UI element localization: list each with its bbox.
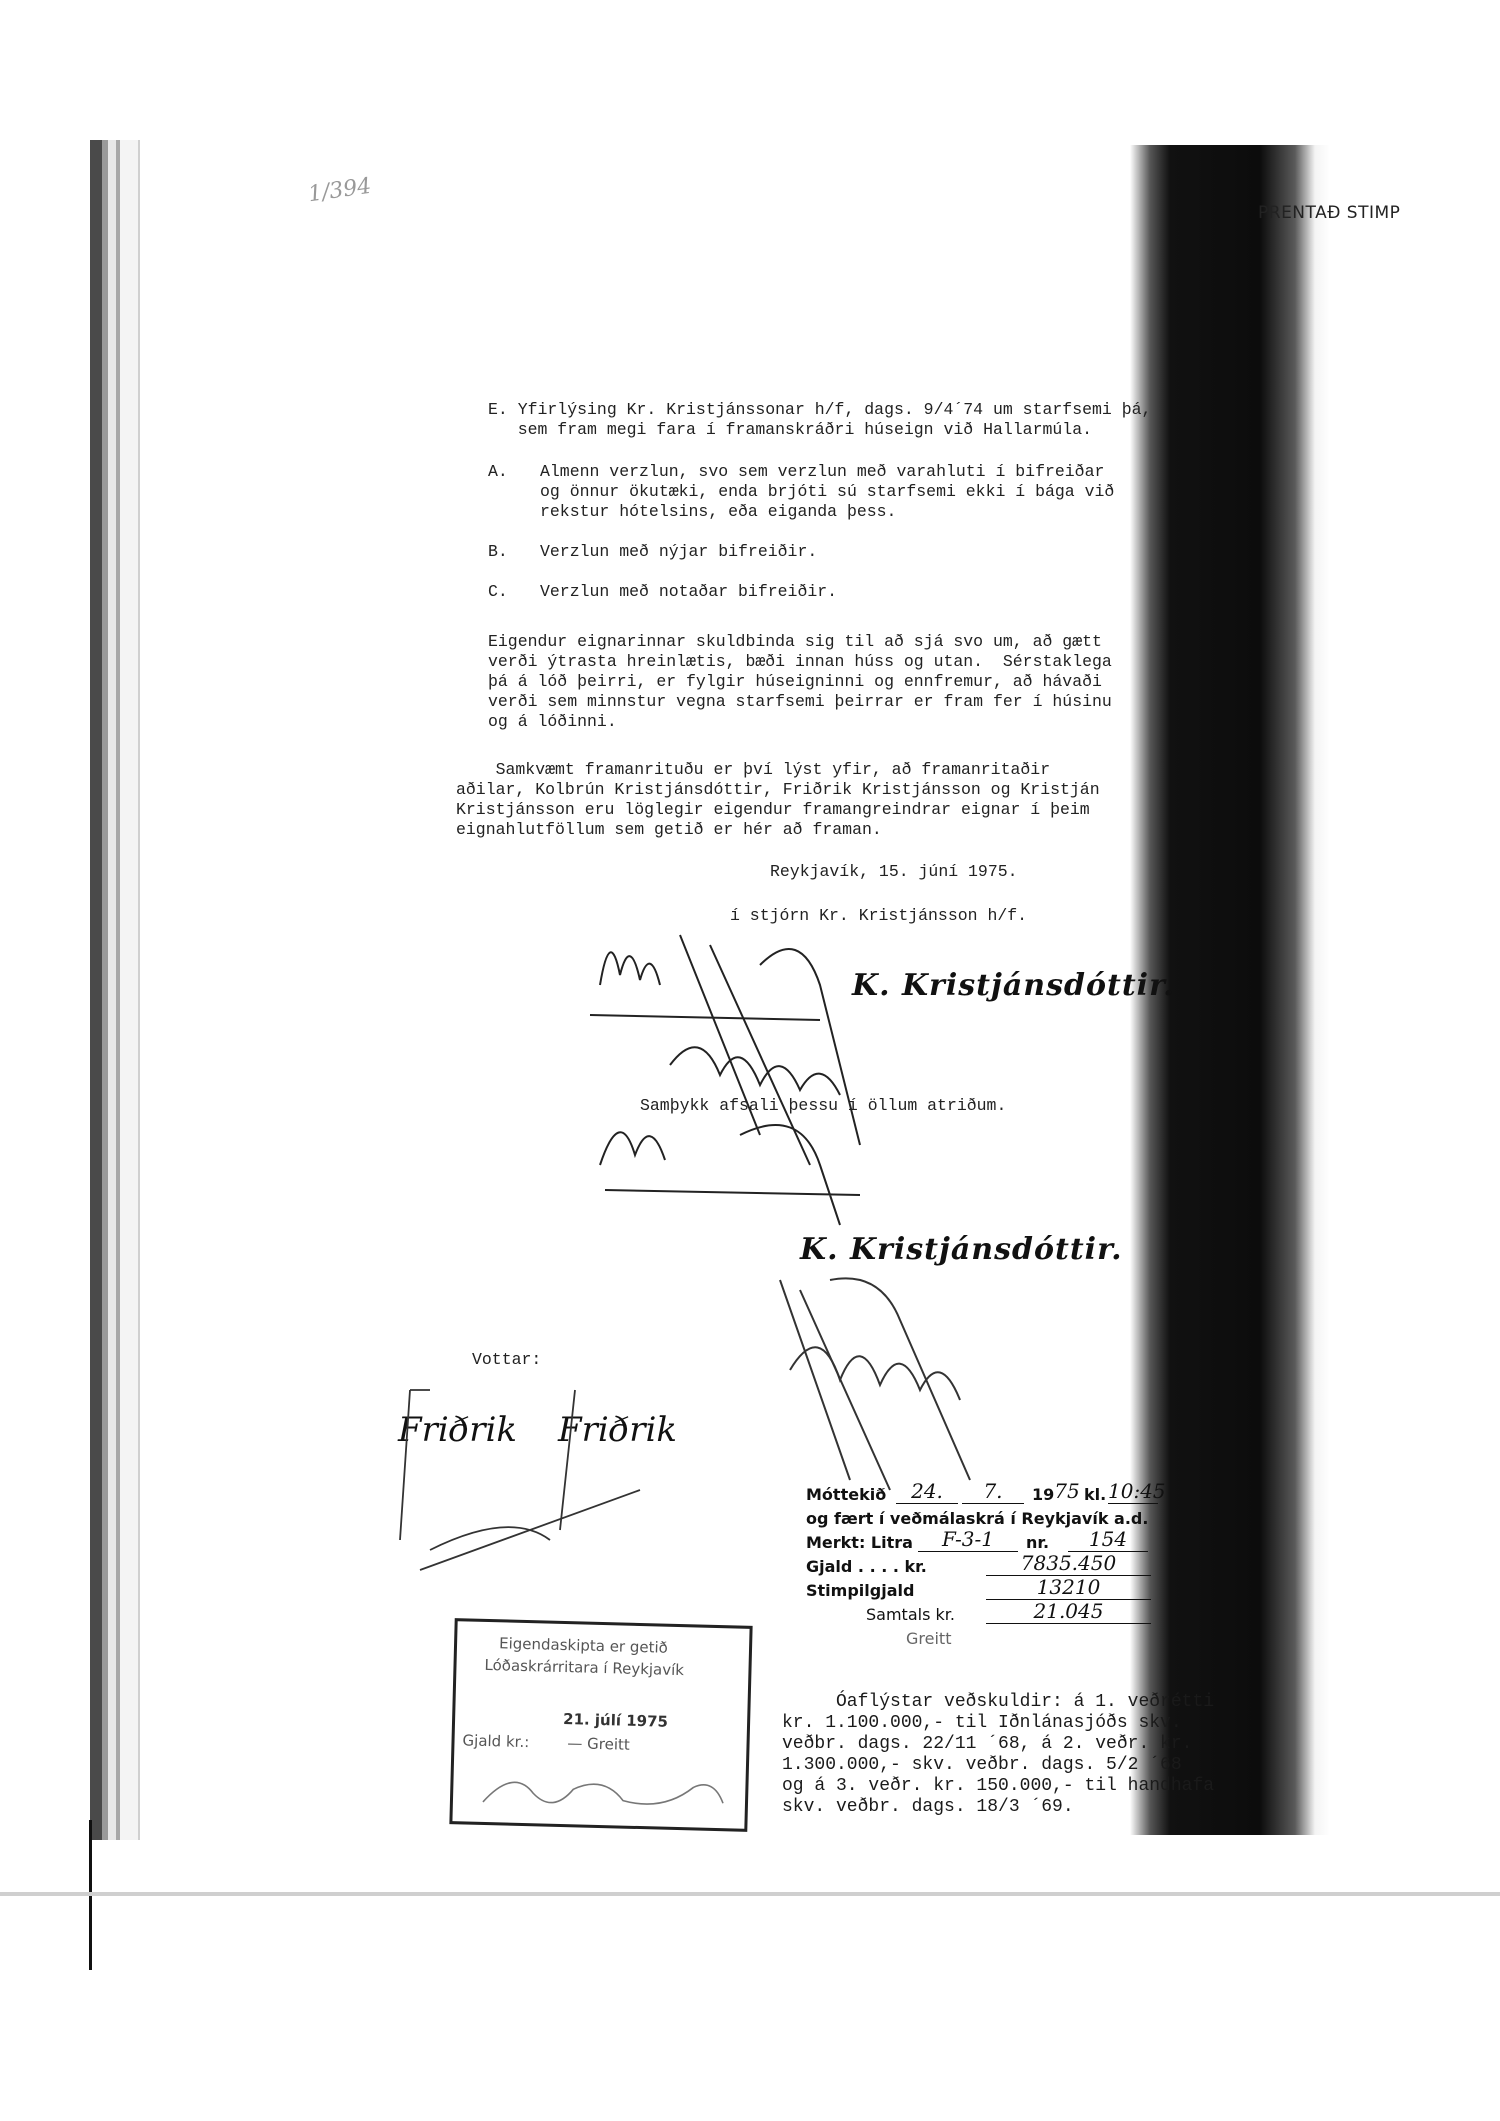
registry-entry-block: Móttekið 24. 7. 19 75 kl. 10:45 og fært … — [806, 1485, 1156, 1653]
declaration-line: eignahlutföllum sem getið er hér að fram… — [456, 820, 882, 840]
corner-stamp-text: PRENTAÐ STIMP — [1258, 203, 1400, 223]
item-c-letter: C. — [488, 582, 508, 602]
received-day: 24. — [896, 1479, 958, 1504]
nr-label: nr. — [1026, 1533, 1049, 1552]
handwritten-signature-scribble — [770, 1260, 1000, 1500]
item-a-letter: A. — [488, 462, 508, 482]
consent-line: Samþykk afsali þessu í öllum atriðum. — [640, 1096, 1006, 1116]
marked-label: Merkt: Litra — [806, 1533, 913, 1552]
fee-label: Gjald . . . . kr. — [806, 1557, 927, 1576]
debt-line: kr. 1.100.000,- til Iðnlánasjóðs skv. — [782, 1713, 1214, 1734]
total-value: 21.045 — [986, 1599, 1151, 1624]
nr-value: 154 — [1068, 1527, 1148, 1552]
cleanliness-line: verði sem minnstur vegna starfsemi þeirr… — [488, 692, 1112, 712]
witness-signature-strokes — [390, 1380, 680, 1580]
cleanliness-line: þá á lóð þeirri, er fylgir húseigninni o… — [488, 672, 1102, 692]
stamp-paid-label: — Greitt — [567, 1734, 630, 1754]
total-label: Samtals kr. — [866, 1605, 955, 1624]
cleanliness-line: verði ýtrasta hreinlætis, bæði innan hús… — [488, 652, 1112, 672]
paid-label: Greitt — [906, 1629, 951, 1648]
debt-line: veðbr. dags. 22/11 ´68, á 2. veðr. kr. — [782, 1734, 1214, 1755]
unregistered-debts-paragraph: Óaflýstar veðskuldir: á 1. veðréttikr. 1… — [782, 1692, 1214, 1818]
scanned-document-page: 1/394 PRENTAÐ STIMP E. Yfirlýsing Kr. Kr… — [0, 0, 1500, 2121]
declaration-line: Kristjánsson eru löglegir eigendur frama… — [456, 800, 1090, 820]
page-number-mark: 1/394 — [307, 174, 373, 208]
stamp-line-1: Eigendaskipta er getið — [499, 1634, 668, 1656]
time-label: kl. — [1084, 1485, 1106, 1504]
declaration-line: Samkvæmt framanrituðu er því lýst yfir, … — [456, 760, 1050, 780]
item-c-line: Verzlun með notaðar bifreiðir. — [540, 582, 837, 602]
stamp-date: 21. júlí 1975 — [563, 1710, 668, 1731]
stamp-line-2: Lóðaskrárritara í Reykjavík — [484, 1656, 684, 1679]
section-e-heading: E. Yfirlýsing Kr. Kristjánssonar h/f, da… — [488, 400, 1151, 420]
stamp-duty-label: Stimpilgjald — [806, 1581, 914, 1600]
item-a-line: og önnur ökutæki, enda brjóti sú starfse… — [540, 482, 1114, 502]
fee-value: 7835.450 — [986, 1551, 1151, 1576]
declaration-line: aðilar, Kolbrún Kristjánsdóttir, Friðrik… — [456, 780, 1100, 800]
stamp-duty-value: 13210 — [986, 1575, 1151, 1600]
debt-line: og á 3. veðr. kr. 150.000,- til handhafa — [782, 1776, 1214, 1797]
binding-edge-shadow — [90, 140, 160, 1840]
debt-line: Óaflýstar veðskuldir: á 1. veðrétti — [782, 1692, 1214, 1713]
signature-k-kristjansdottir-1: K. Kristjánsdóttir. — [852, 968, 1175, 1003]
received-time: 10:45 — [1108, 1479, 1158, 1504]
received-year: 75 — [1054, 1479, 1080, 1503]
handwritten-signature-scribbles — [560, 905, 940, 1235]
page-divider — [0, 1892, 1500, 1896]
item-a-line: Almenn verzlun, svo sem verzlun með vara… — [540, 462, 1104, 482]
stamp-signature-scribble — [473, 1762, 734, 1824]
year-prefix: 19 — [1032, 1485, 1054, 1504]
section-e-heading-cont: sem fram megi fara í framanskráðri húsei… — [488, 420, 1092, 440]
item-b-line: Verzlun með nýjar bifreiðir. — [540, 542, 817, 562]
received-month: 7. — [962, 1479, 1024, 1504]
ownership-change-stamp: Eigendaskipta er getið Lóðaskrárritara í… — [449, 1618, 752, 1832]
debt-line: skv. veðbr. dags. 18/3 ´69. — [782, 1797, 1214, 1818]
received-label: Móttekið — [806, 1485, 886, 1504]
entered-line: og fært í veðmálaskrá í Reykjavík a.d. — [806, 1509, 1148, 1528]
litra-value: F-3-1 — [918, 1527, 1018, 1552]
cleanliness-line: Eigendur eignarinnar skuldbinda sig til … — [488, 632, 1102, 652]
debt-line: 1.300.000,- skv. veðbr. dags. 5/2 ´68 — [782, 1755, 1214, 1776]
cleanliness-line: og á lóðinni. — [488, 712, 617, 732]
stamp-fee-label: Gjald kr.: — [462, 1731, 529, 1751]
stamp-fee-row: Gjald kr.: — Greitt — [462, 1731, 630, 1753]
place-and-date: Reykjavík, 15. júní 1975. — [770, 862, 1018, 882]
witnesses-label: Vottar: — [472, 1350, 541, 1370]
item-a-line: rekstur hótelsins, eða eiganda þess. — [540, 502, 896, 522]
item-b-letter: B. — [488, 542, 508, 562]
